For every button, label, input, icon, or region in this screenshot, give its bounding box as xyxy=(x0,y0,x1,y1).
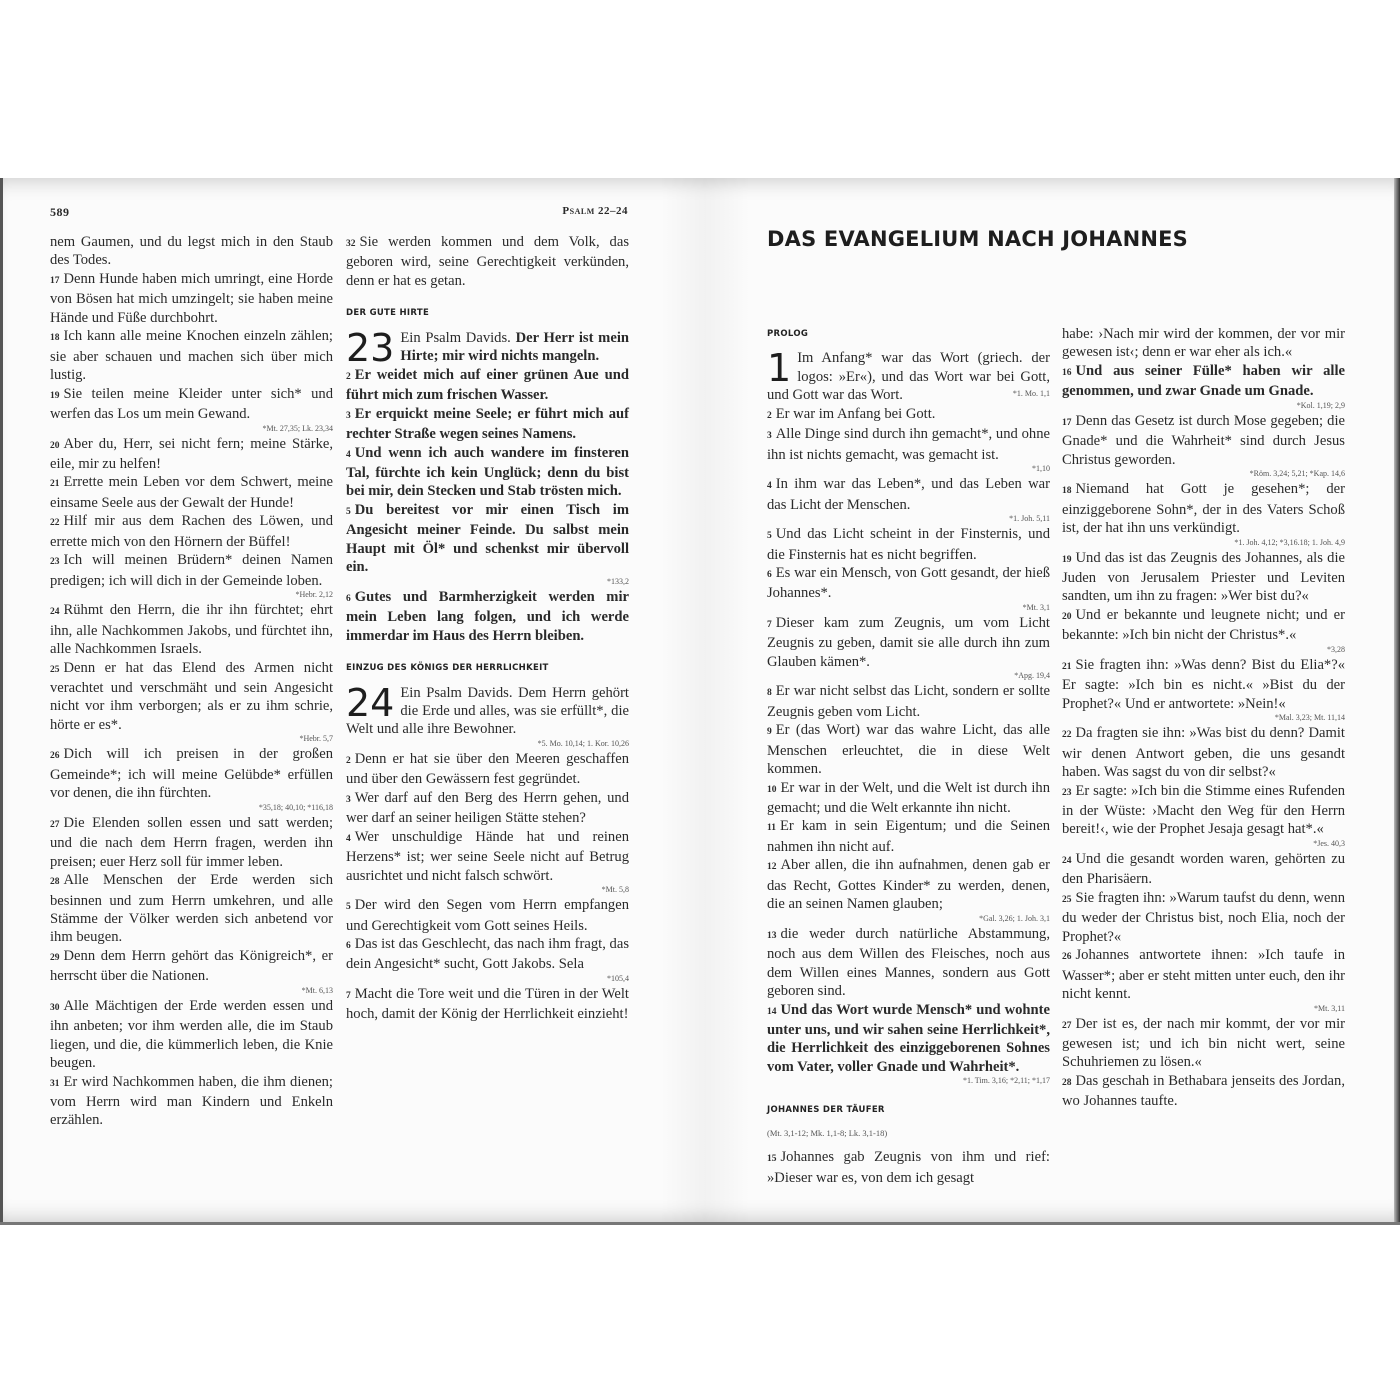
verse: 5Du bereitest vor mir einen Tisch im Ang… xyxy=(346,501,629,577)
verse: 5Und das Licht scheint in der Finsternis… xyxy=(767,525,1050,564)
psalm-23-opening: 23 Ein Psalm Davids. Der Herr ist mein H… xyxy=(346,329,629,366)
verse: 4Und wenn ich auch wandere im finsteren … xyxy=(346,444,629,501)
psalm-24-opening: 24 Ein Psalm Davids. Dem Herrn gehört di… xyxy=(346,684,629,739)
cross-reference: *35,18; 40,10; *116,18 xyxy=(50,802,333,814)
verse-text: Aber du, Herr, sei nicht fern; meine Stä… xyxy=(50,436,333,472)
verse-text: Wer unschuldige Hände hat und reinen Her… xyxy=(346,829,629,884)
cross-reference: *1,10 xyxy=(767,463,1050,475)
verse-text: Die Elenden sollen essen und satt werden… xyxy=(50,815,333,870)
chapter-number: 23 xyxy=(346,331,394,365)
verse-number: 5 xyxy=(767,531,772,541)
cross-reference: *Hebr. 2,12 xyxy=(50,589,333,601)
verse-number: 22 xyxy=(50,518,60,528)
john-verses: 2Er war im Anfang bei Gott.3Alle Dinge s… xyxy=(767,405,1050,1088)
section-heading-psalm-24: Einzug des Königs der Herrlichkeit xyxy=(346,659,629,677)
verse: 11Er kam in sein Eigentum; und die Seine… xyxy=(767,817,1050,856)
cross-reference: *Mt. 3,1 xyxy=(767,602,1050,614)
verse-number: 13 xyxy=(767,931,777,941)
verse: 24Und die gesandt worden waren, gehörten… xyxy=(1062,850,1345,889)
verse: 14Und das Wort wurde Mensch* und wohnte … xyxy=(767,1001,1050,1077)
verse-text: Das geschah in Bethabara jenseits des Jo… xyxy=(1062,1073,1345,1109)
verse: 16Und aus seiner Fülle* haben wir alle g… xyxy=(1062,362,1345,401)
verse-number: 3 xyxy=(346,795,351,805)
verse-number: 5 xyxy=(346,902,351,912)
verse-number: 27 xyxy=(50,820,60,830)
verse-text: Dich will ich preisen in der großen Geme… xyxy=(50,746,333,801)
verse: 7Dieser kam zum Zeugnis, um vom Licht Ze… xyxy=(767,614,1050,671)
verse: 18Ich kann alle meine Knochen einzeln zä… xyxy=(50,327,333,384)
verse: 19Und das ist das Zeugnis des Johannes, … xyxy=(1062,549,1345,606)
verse-number: 21 xyxy=(1062,662,1072,672)
verse: nem Gaumen, und du legst mich in den Sta… xyxy=(50,233,333,270)
verse-text: Ich kann alle meine Knochen einzeln zähl… xyxy=(50,328,333,383)
parallel-references: (Mt. 3,1-12; Mk. 1,1-8; Lk. 3,1-18) xyxy=(767,1124,1050,1142)
verse: 26Johannes antwortete ihnen: »Ich taufe … xyxy=(1062,946,1345,1003)
verse-text: Du bereitest vor mir einen Tisch im Ange… xyxy=(346,502,629,575)
verse-text: Denn dem Herrn gehört das Königreich*, e… xyxy=(50,948,333,984)
verse-text: Und er bekannte und leugnete nicht; und … xyxy=(1062,607,1345,643)
verse-number: 6 xyxy=(346,941,351,951)
verse-text: Das ist das Geschlecht, das nach ihm fra… xyxy=(346,936,629,972)
verse-text: Er (das Wort) war das wahre Licht, das a… xyxy=(767,722,1050,777)
cross-reference: *Mt. 5,8 xyxy=(346,884,629,896)
verse: 7Macht die Tore weit und die Türen in de… xyxy=(346,985,629,1024)
section-heading-prolog: Prolog xyxy=(767,325,1050,343)
verse: 8Er war nicht selbst das Licht, sondern … xyxy=(767,682,1050,721)
verse-number: 4 xyxy=(346,450,351,460)
verse-text: In ihm war das Leben*, und das Leben war… xyxy=(767,476,1050,512)
chapter-number: 1 xyxy=(767,351,791,385)
verse: 31Er wird Nachkommen haben, die ihm dien… xyxy=(50,1073,333,1130)
verse: 27Die Elenden sollen essen und satt werd… xyxy=(50,814,333,871)
verse-text: Ich will meinen Brüdern* deinen Namen pr… xyxy=(50,552,333,588)
verse: 6Gutes und Barmherzigkeit werden mir mei… xyxy=(346,588,629,645)
verse-number: 20 xyxy=(1062,612,1072,622)
verse-number: 5 xyxy=(346,507,351,517)
verse: 21Errette mein Leben vor dem Schwert, me… xyxy=(50,473,333,512)
verse-text: Der ist es, der nach mir kommt, der vor … xyxy=(1062,1016,1345,1071)
verse-text: Und wenn ich auch wandere im finsteren T… xyxy=(346,445,629,500)
verse-text: Sie fragten ihn: »Was denn? Bist du Elia… xyxy=(1062,657,1345,712)
verse-number: 16 xyxy=(1062,368,1072,378)
verse-number: 20 xyxy=(50,441,60,451)
verse-number: 7 xyxy=(346,991,351,1001)
verse: 30Alle Mächtigen der Erde werden essen u… xyxy=(50,997,333,1073)
verse-number: 31 xyxy=(50,1079,60,1089)
verse: 27Der ist es, der nach mir kommt, der vo… xyxy=(1062,1015,1345,1072)
verse: 22Da fragten sie ihn: »Was bist du denn?… xyxy=(1062,724,1345,781)
left-column-1: nem Gaumen, und du legst mich in den Sta… xyxy=(50,233,333,1130)
verse-text: Macht die Tore weit und die Türen in der… xyxy=(346,986,629,1022)
verse-number: 27 xyxy=(1062,1021,1072,1031)
verse-number: 24 xyxy=(1062,856,1072,866)
verse: 28Das geschah in Bethabara jenseits des … xyxy=(1062,1072,1345,1111)
verse-text: Der wird den Segen vom Herrn empfangen u… xyxy=(346,897,629,933)
verse: 25Sie fragten ihn: »Warum taufst du denn… xyxy=(1062,889,1345,946)
verse-text: nem Gaumen, und du legst mich in den Sta… xyxy=(50,234,333,268)
verse-number: 17 xyxy=(1062,418,1072,428)
verse: 3Wer darf auf den Berg des Herrn gehen, … xyxy=(346,789,629,828)
verse-number: 18 xyxy=(1062,486,1072,496)
verse-text: Rühmt den Herrn, die ihr ihn fürchtet; e… xyxy=(50,602,333,657)
verse-text: Und aus seiner Fülle* haben wir alle gen… xyxy=(1062,363,1345,399)
verse-number: 14 xyxy=(767,1007,777,1017)
verse-number: 22 xyxy=(1062,730,1072,740)
cross-reference: *133,2 xyxy=(346,576,629,588)
verse-number: 10 xyxy=(767,785,777,795)
verse: 6Es war ein Mensch, von Gott gesandt, de… xyxy=(767,564,1050,603)
verse-number: 28 xyxy=(1062,1078,1072,1088)
psalm-23-verses: 2Er weidet mich auf einer grünen Aue und… xyxy=(346,366,629,645)
verse: 2Er weidet mich auf einer grünen Aue und… xyxy=(346,366,629,405)
cross-reference: *Röm. 3,24; 5,21; *Kap. 14,6 xyxy=(1062,468,1345,480)
verse-text: Und das ist das Zeugnis des Johannes, al… xyxy=(1062,550,1345,605)
cross-reference: *Mt. 6,13 xyxy=(50,985,333,997)
verse-text: Er war nicht selbst das Licht, sondern e… xyxy=(767,683,1050,719)
verse: 4In ihm war das Leben*, und das Leben wa… xyxy=(767,475,1050,514)
verse-number: 23 xyxy=(1062,788,1072,798)
verse-text: Alle Mächtigen der Erde werden essen und… xyxy=(50,998,333,1071)
verse: 12Aber allen, die ihn aufnahmen, denen g… xyxy=(767,856,1050,913)
cross-reference: *1. Mo. 1,1 xyxy=(1013,385,1050,403)
verse-number: 6 xyxy=(767,570,772,580)
verse-number: 18 xyxy=(50,333,60,343)
verse-text: Er weidet mich auf einer grünen Aue und … xyxy=(346,367,629,403)
left-column-2: 32Sie werden kommen und dem Volk, das ge… xyxy=(346,233,629,1024)
chapter-number: 24 xyxy=(346,686,394,720)
cross-reference: *Apg. 19,4 xyxy=(767,670,1050,682)
cross-reference: *Gal. 3,26; 1. Joh. 3,1 xyxy=(767,913,1050,925)
verse: 10Er war in der Welt, und die Welt ist d… xyxy=(767,779,1050,818)
page-number: 589 xyxy=(50,205,70,220)
verse-text: Dieser kam zum Zeugnis, um vom Licht Zeu… xyxy=(767,615,1050,670)
verse-text: Denn er hat das Elend des Armen nicht ve… xyxy=(50,660,333,733)
verse: 18Niemand hat Gott je gesehen*; der einz… xyxy=(1062,480,1345,537)
verse-number: 2 xyxy=(346,756,351,766)
verse-text: Aber allen, die ihn aufnahmen, denen gab… xyxy=(767,857,1050,912)
verse-number: 23 xyxy=(50,557,60,567)
verse: 20Und er bekannte und leugnete nicht; un… xyxy=(1062,606,1345,645)
cross-reference: *1. Joh. 4,12; *3,16.18; 1. Joh. 4,9 xyxy=(1062,537,1345,549)
right-column-2: habe: ›Nach mir wird der kommen, der vor… xyxy=(1062,325,1345,1111)
verse: 3Er erquickt meine Seele; er führt mich … xyxy=(346,405,629,444)
verse: 23Er sagte: »Ich bin die Stimme eines Ru… xyxy=(1062,782,1345,839)
verse-text: Hilf mir aus dem Rachen des Löwen, und e… xyxy=(50,513,333,549)
verse-number: 3 xyxy=(767,431,772,441)
verse-number: 4 xyxy=(346,834,351,844)
verse-text: Denn er hat sie über den Meeren geschaff… xyxy=(346,751,629,787)
verse-number: 11 xyxy=(767,823,776,833)
verse-number: 8 xyxy=(767,688,772,698)
cross-reference: *Mt. 27,35; Lk. 23,34 xyxy=(50,423,333,435)
page-gutter xyxy=(660,178,750,1222)
verse-text: Johannes antwortete ihnen: »Ich taufe in… xyxy=(1062,947,1345,1002)
verse-number: 9 xyxy=(767,727,772,737)
verse: 17Denn das Gesetz ist durch Mose gegeben… xyxy=(1062,412,1345,469)
verse-text: habe: ›Nach mir wird der kommen, der vor… xyxy=(1062,326,1345,360)
verse-text: Es war ein Mensch, von Gott gesandt, der… xyxy=(767,565,1050,601)
cross-reference: *Mal. 3,23; Mt. 11,14 xyxy=(1062,712,1345,724)
verse-text: Er kam in sein Eigentum; und die Seinen … xyxy=(767,818,1050,854)
verse-number: 4 xyxy=(767,481,772,491)
verse: habe: ›Nach mir wird der kommen, der vor… xyxy=(1062,325,1345,362)
verse-text: Und die gesandt worden waren, gehörten z… xyxy=(1062,851,1345,887)
verse: 4Wer unschuldige Hände hat und reinen He… xyxy=(346,828,629,885)
verse: 13die weder durch natürliche Abstammung,… xyxy=(767,925,1050,1001)
verse: 22Hilf mir aus dem Rachen des Löwen, und… xyxy=(50,512,333,551)
verse-number: 7 xyxy=(767,620,772,630)
verse-text: Und das Wort wurde Mensch* und wohnte un… xyxy=(767,1002,1050,1075)
cross-reference: *1. Tim. 3,16; *2,11; *1,17 xyxy=(767,1075,1050,1087)
verse: 3Alle Dinge sind durch ihn gemacht*, und… xyxy=(767,425,1050,464)
verse-text: Er erquickt meine Seele; er führt mich a… xyxy=(346,406,629,442)
verse-number: 2 xyxy=(767,411,772,421)
verse-number: 25 xyxy=(1062,895,1072,905)
verse-text: Sie teilen meine Kleider unter sich* und… xyxy=(50,386,333,422)
verse: 2Denn er hat sie über den Meeren geschaf… xyxy=(346,750,629,789)
verse: 15Johannes gab Zeugnis von ihm und rief:… xyxy=(767,1148,1050,1187)
verse: 2Er war im Anfang bei Gott. xyxy=(767,405,1050,425)
verse-number: 30 xyxy=(50,1003,60,1013)
psalm-24-verses: 2Denn er hat sie über den Meeren geschaf… xyxy=(346,750,629,1024)
verse: 17Denn Hunde haben mich umringt, eine Ho… xyxy=(50,270,333,327)
verse-number: 19 xyxy=(50,391,60,401)
running-head: Psalm 22–24 xyxy=(535,205,628,217)
book-title: DAS EVANGELIUM NACH JOHANNES xyxy=(767,227,1188,251)
cross-reference: *1. Joh. 5,11 xyxy=(767,513,1050,525)
verse-number: 17 xyxy=(50,276,60,286)
verse: 25Denn er hat das Elend des Armen nicht … xyxy=(50,659,333,735)
section-heading-baptist: Johannes der Täufer xyxy=(767,1101,1050,1119)
verse-number: 2 xyxy=(346,372,351,382)
cross-reference: *Kol. 1,19; 2,9 xyxy=(1062,400,1345,412)
cross-reference: *3,28 xyxy=(1062,644,1345,656)
verse-number: 24 xyxy=(50,607,60,617)
verse-text: Da fragten sie ihn: »Was bist du denn? D… xyxy=(1062,725,1345,780)
verse-number: 21 xyxy=(50,479,60,489)
john-1-1: 1 Im Anfang* war das Wort (griech. der l… xyxy=(767,349,1050,404)
cross-reference: *Jes. 40,3 xyxy=(1062,838,1345,850)
verse: 20Aber du, Herr, sei nicht fern; meine S… xyxy=(50,435,333,474)
verse-number: 6 xyxy=(346,594,351,604)
verse-number: 3 xyxy=(346,411,351,421)
verse-number: 12 xyxy=(767,862,777,872)
verse-number: 26 xyxy=(50,751,60,761)
verse: 23Ich will meinen Brüdern* deinen Namen … xyxy=(50,551,333,590)
section-heading-psalm-23: Der gute Hirte xyxy=(346,304,629,322)
verse-text: Gutes und Barmherzigkeit werden mir mein… xyxy=(346,589,629,644)
verse-text: Er sagte: »Ich bin die Stimme eines Rufe… xyxy=(1062,783,1345,838)
verse-text: die weder durch natürliche Abstammung, n… xyxy=(767,926,1050,999)
verse-text: Sie fragten ihn: »Warum taufst du denn, … xyxy=(1062,890,1345,945)
verse: 9Er (das Wort) war das wahre Licht, das … xyxy=(767,721,1050,778)
verse-number: 19 xyxy=(1062,555,1072,565)
verse-text: Er wird Nachkommen haben, die ihm dienen… xyxy=(50,1074,333,1129)
verse: 24Rühmt den Herrn, die ihr ihn fürchtet;… xyxy=(50,601,333,658)
verse: 21Sie fragten ihn: »Was denn? Bist du El… xyxy=(1062,656,1345,713)
verse-text: Denn das Gesetz ist durch Mose gegeben; … xyxy=(1062,413,1345,468)
verse-text: Niemand hat Gott je gesehen*; der einzig… xyxy=(1062,481,1345,536)
cross-reference: *Hebr. 5,7 xyxy=(50,733,333,745)
verse: 28Alle Menschen der Erde werden sich bes… xyxy=(50,871,333,947)
verse-text: Er war im Anfang bei Gott. xyxy=(776,406,936,422)
verse-text: Alle Menschen der Erde werden sich besin… xyxy=(50,872,333,945)
verse-number: 29 xyxy=(50,953,60,963)
verse-number: 28 xyxy=(50,877,60,887)
verse: 32Sie werden kommen und dem Volk, das ge… xyxy=(346,233,629,290)
verse: 6Das ist das Geschlecht, das nach ihm fr… xyxy=(346,935,629,974)
cross-reference: *5. Mo. 10,14; 1. Kor. 10,26 xyxy=(346,738,629,750)
verse-number: 26 xyxy=(1062,952,1072,962)
verse-text: Und das Licht scheint in der Finsternis,… xyxy=(767,526,1050,562)
cross-reference: *Mt. 3,11 xyxy=(1062,1003,1345,1015)
verse-text: Denn Hunde haben mich umringt, eine Hord… xyxy=(50,271,333,326)
verse-text: Alle Dinge sind durch ihn gemacht*, und … xyxy=(767,426,1050,462)
verse-text: Wer darf auf den Berg des Herrn gehen, u… xyxy=(346,790,629,826)
verse-text: Er war in der Welt, und die Welt ist dur… xyxy=(767,780,1050,816)
verse-text: Errette mein Leben vor dem Schwert, mein… xyxy=(50,474,333,510)
verse: 19Sie teilen meine Kleider unter sich* u… xyxy=(50,385,333,424)
right-column-1: Prolog 1 Im Anfang* war das Wort (griech… xyxy=(767,325,1050,1187)
verse: 29Denn dem Herrn gehört das Königreich*,… xyxy=(50,947,333,986)
cross-reference: *105,4 xyxy=(346,973,629,985)
verse-number: 25 xyxy=(50,665,60,675)
verse: 5Der wird den Segen vom Herrn empfangen … xyxy=(346,896,629,935)
verse: 26Dich will ich preisen in der großen Ge… xyxy=(50,745,333,802)
